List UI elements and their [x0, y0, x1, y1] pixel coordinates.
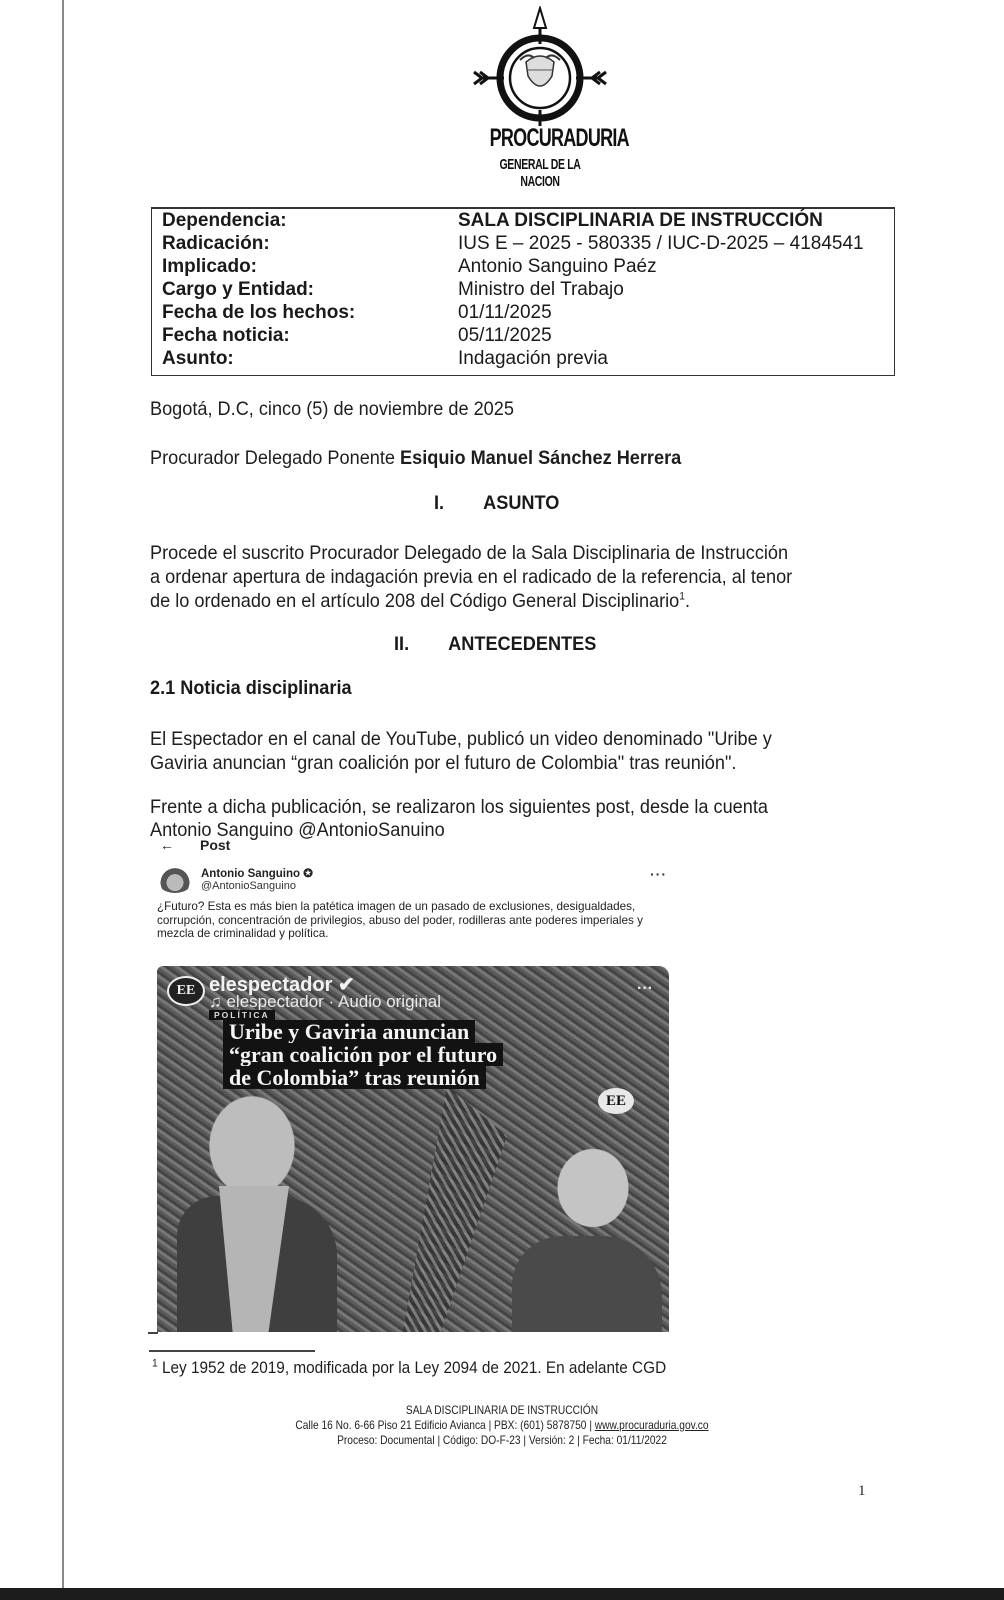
elespectador-watermark-icon: EE — [598, 1088, 634, 1114]
elespectador-logo-icon: EE — [167, 976, 205, 1006]
ponente-line: Procurador Delegado Ponente Esiquio Manu… — [150, 446, 681, 470]
website-link[interactable]: www.procuraduria.gov.co — [595, 1418, 709, 1432]
org-title: PROCURADURIA — [490, 124, 591, 153]
divider — [148, 1332, 158, 1334]
more-options-icon: ··· — [650, 866, 667, 882]
coat-of-arms-target-icon — [470, 6, 610, 126]
post-header: ←Post — [160, 837, 230, 853]
para1-line-2: Gaviria anuncian “gran coalición por el … — [150, 751, 736, 775]
post-author-name: Antonio Sanguino ✪ — [201, 866, 313, 880]
page-number: 1 — [858, 1483, 866, 1500]
footnote-divider — [149, 1350, 315, 1352]
footer-line-1: SALA DISCIPLINARIA DE INSTRUCCIÓN — [75, 1403, 928, 1417]
post-text: ¿Futuro? Esta es más bien la patética im… — [157, 900, 657, 941]
case-info-table: Dependencia: SALA DISCIPLINARIA DE INSTR… — [151, 207, 895, 376]
date-line: Bogotá, D.C, cinco (5) de noviembre de 2… — [150, 397, 514, 421]
author-avatar — [157, 867, 193, 893]
org-subtitle: GENERAL DE LA NACION — [484, 156, 596, 190]
video-audio-label: ♫ elespectador · Audio original — [209, 992, 441, 1012]
back-arrow-icon: ← — [160, 837, 174, 853]
asunto-line-3: de lo ordenado en el artículo 208 del Có… — [150, 589, 690, 613]
post-author-handle: @AntonioSanguino — [201, 880, 296, 892]
asunto-line-2: a ordenar apertura de indagación previa … — [150, 565, 792, 589]
ponente-name: Esiquio Manuel Sánchez Herrera — [400, 447, 681, 469]
subsection-heading: 2.1 Noticia disciplinaria — [150, 677, 352, 700]
para1-line-1: El Espectador en el canal de YouTube, pu… — [150, 727, 772, 751]
footer-line-2: Calle 16 No. 6-66 Piso 21 Edificio Avian… — [75, 1418, 928, 1432]
bottom-bar — [0, 1588, 1004, 1600]
footnote: 1 Ley 1952 de 2019, modificada por la Le… — [152, 1356, 666, 1380]
page-left-border — [62, 0, 64, 1588]
asunto-line-1: Procede el suscrito Procurador Delegado … — [150, 541, 788, 565]
procuraduria-logo: PROCURADURIA GENERAL DE LA NACION — [470, 6, 610, 181]
video-headline: Uribe y Gaviria anuncian “gran coalición… — [223, 1020, 503, 1089]
section-heading-antecedentes: II.ANTECEDENTES — [394, 633, 596, 656]
footer-line-3: Proceso: Documental | Código: DO-F-23 | … — [75, 1433, 928, 1447]
section-heading-asunto: I.ASUNTO — [434, 492, 559, 515]
verified-badge-icon: ✪ — [303, 868, 313, 880]
para2-line-1: Frente a dicha publicación, se realizaro… — [150, 795, 768, 819]
video-more-icon: ··· — [637, 980, 653, 998]
video-thumbnail: EE elespectador ✔ ♫ elespectador · Audio… — [157, 966, 669, 1332]
